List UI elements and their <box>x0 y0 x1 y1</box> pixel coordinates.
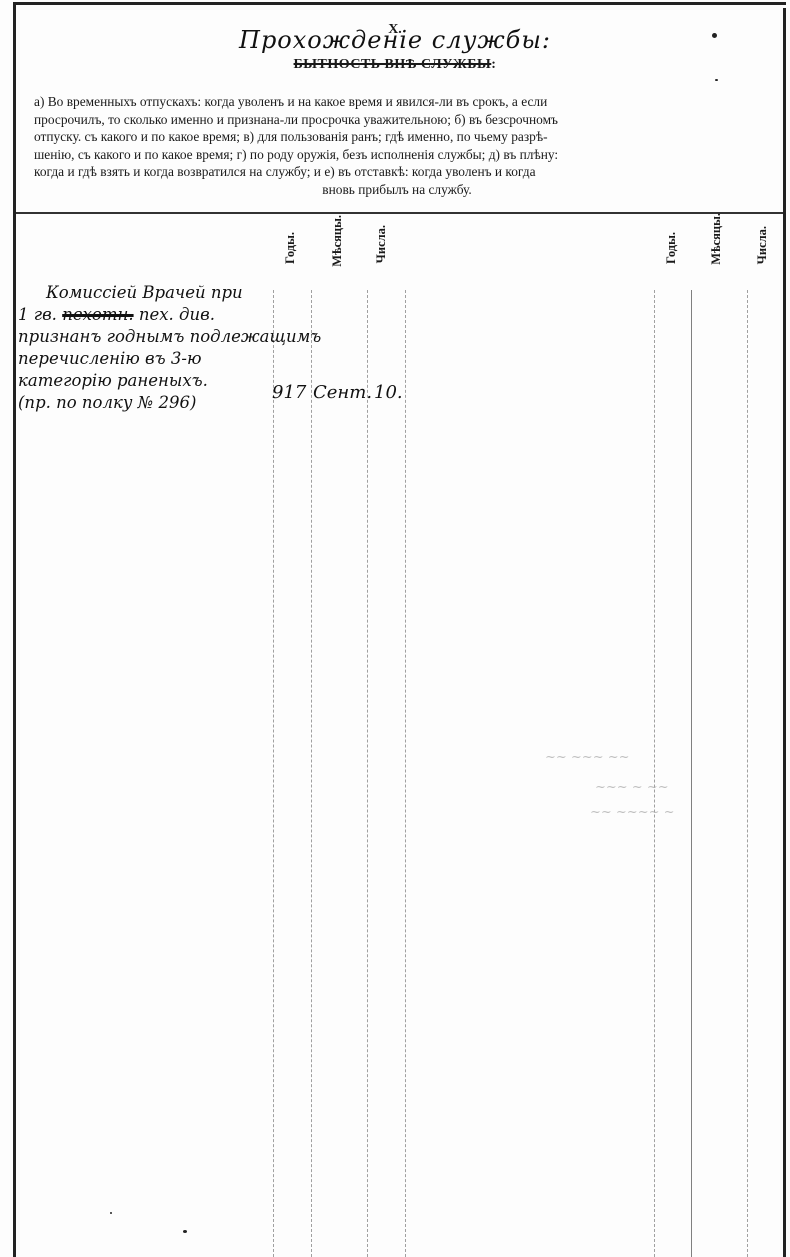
entry-line-prefix: 1 гв. <box>18 305 57 324</box>
entry-day: 10. <box>374 382 403 403</box>
column-rule <box>273 290 275 1257</box>
ink-speck <box>183 1230 187 1233</box>
printed-title: БЫТНОСТЬ ВНѢ СЛУЖБЫ: <box>0 57 790 73</box>
column-rule <box>654 290 656 1257</box>
entry-struck-word: пехотн. <box>62 305 133 324</box>
entry-line: категорію раненыхъ. <box>18 370 283 392</box>
entry-line: (пр. по полку № 296) <box>18 392 283 414</box>
ink-speck <box>110 1212 112 1214</box>
column-rule <box>311 290 313 1257</box>
entry-line-suffix: пех. див. <box>139 305 215 324</box>
header-divider <box>16 212 783 214</box>
entry-year: 917 <box>272 382 306 403</box>
column-rule <box>747 290 749 1257</box>
ink-speck <box>715 79 718 81</box>
bleed-through-text: ~~ ~~~~ ~ <box>590 805 675 820</box>
instructions-line: шенію, съ какого и по какое время; г) по… <box>34 146 760 164</box>
left-days-header: Числа. <box>374 225 389 263</box>
entry-line: перечисленію въ 3-ю <box>18 348 283 370</box>
printed-title-colon: : <box>491 57 496 72</box>
left-years-header: Годы. <box>283 232 298 264</box>
left-months-header: Мѣсяцы. <box>330 215 345 267</box>
entry-line: 1 гв. пехотн. пех. див. <box>18 304 283 326</box>
handwritten-entry: Комиссіей Врачей при 1 гв. пехотн. пех. … <box>18 282 283 414</box>
column-rule <box>367 290 369 1257</box>
ink-speck <box>712 33 717 38</box>
printed-title-struck: БЫТНОСТЬ ВНѢ СЛУЖБЫ <box>294 57 492 72</box>
right-days-header: Числа. <box>755 226 770 264</box>
instructions-line: вновь прибылъ на службу. <box>34 181 760 199</box>
instructions-line: отпуску. съ какого и по какое время; в) … <box>34 128 760 146</box>
page-border-top <box>14 2 786 5</box>
column-rule <box>405 290 407 1257</box>
entry-line: признанъ годнымъ подлежащимъ <box>18 326 283 348</box>
entry-line: Комиссіей Врачей при <box>18 282 283 304</box>
right-years-header: Годы. <box>664 232 679 264</box>
instructions-line: просрочилъ, то сколько именно и признана… <box>34 111 760 129</box>
right-months-header: Мѣсяцы. <box>709 213 724 265</box>
instructions-text: а) Во временныхъ отпускахъ: когда уволен… <box>34 93 760 198</box>
page-border-left <box>13 2 16 1257</box>
instructions-line: когда и гдѣ взять и когда возвратился на… <box>34 163 760 181</box>
column-rule <box>691 290 693 1257</box>
handwritten-title: Прохожденіе службы: <box>0 26 790 54</box>
page-border-right <box>783 8 786 1257</box>
bleed-through-text: ~~ ~~~ ~~ <box>545 750 630 765</box>
bleed-through-text: ~~~ ~ ~~ <box>595 780 669 795</box>
instructions-line: а) Во временныхъ отпускахъ: когда уволен… <box>34 93 760 111</box>
document-page: X. Прохожденіе службы: БЫТНОСТЬ ВНѢ СЛУЖ… <box>0 0 790 1257</box>
entry-month: Сент. <box>313 382 372 403</box>
